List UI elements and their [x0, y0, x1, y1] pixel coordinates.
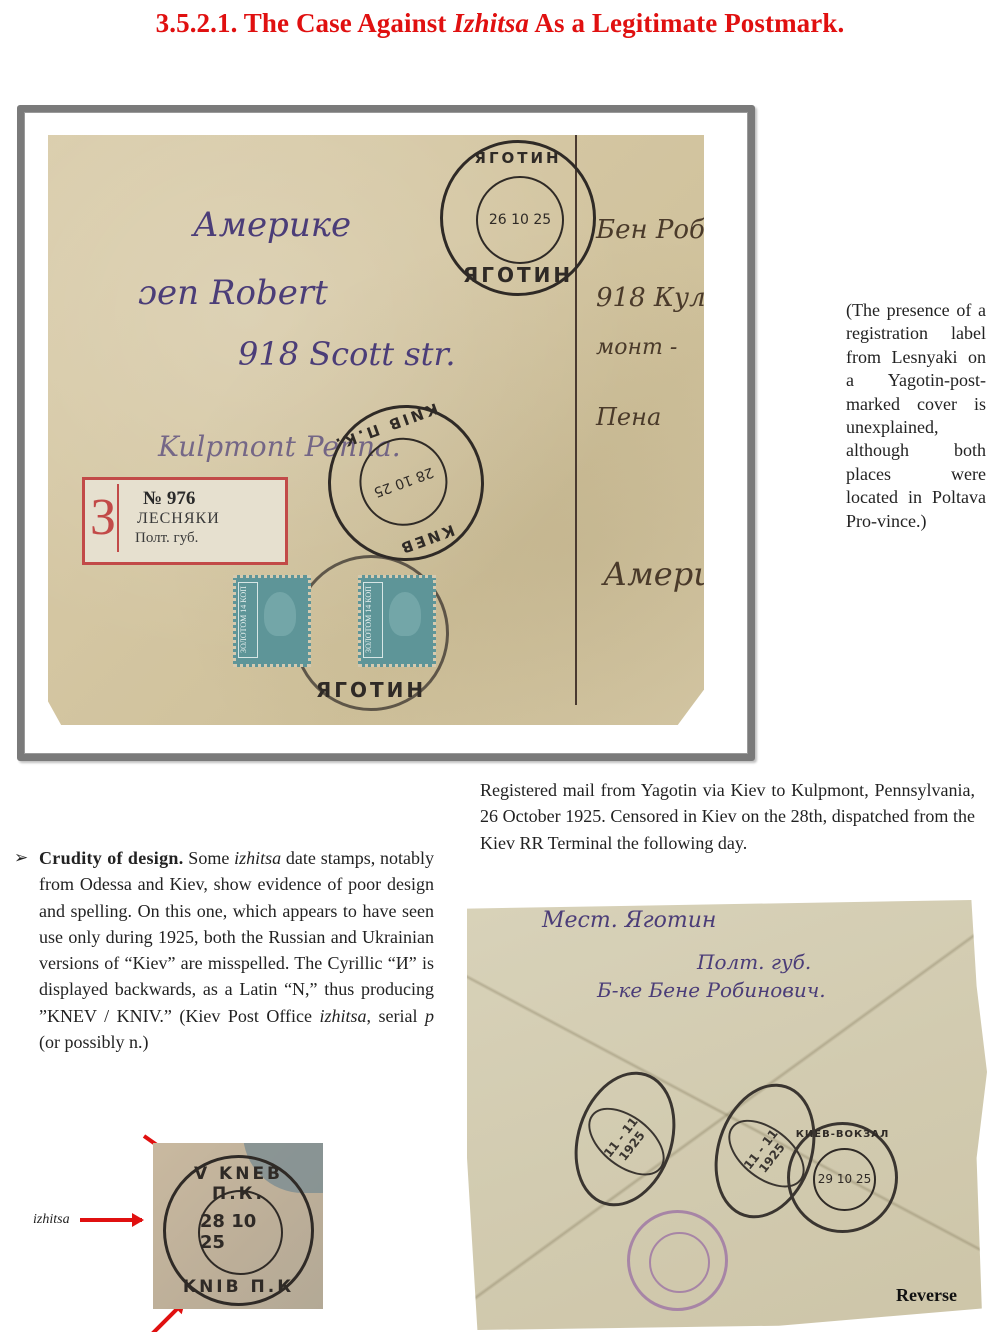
bullet-italic-2: izhitsa	[319, 1006, 366, 1026]
yagotin-date-text: 26 10 25	[489, 212, 551, 228]
stamp-2-value: ЗОЛОТОМ 14 КОП	[363, 582, 383, 658]
title-prefix: 3.5.2.1. The Case Against	[156, 8, 454, 38]
censor-mark	[627, 1210, 728, 1311]
handwriting-mont: монт -	[596, 335, 677, 360]
detail-postmark: V KNEB П.К. 28 10 25 KNIB П.К	[163, 1155, 314, 1306]
registration-province: Полт. губ.	[135, 530, 198, 547]
handwriting-ameriku: Америку	[603, 555, 751, 593]
detail-postmark-bottom: KNIB П.К	[166, 1277, 311, 1297]
yagotin-postmark-2-bottom-text: ЯГОТИН	[296, 678, 446, 702]
postage-stamp-1: ЗОЛОТОМ 14 КОП	[233, 575, 311, 667]
registration-place: ЛЕСНЯКИ	[137, 510, 220, 528]
handwriting-robert: ɔen Robert	[138, 273, 328, 313]
bullet-text-1: Some	[184, 848, 235, 868]
handwriting-pena: Пена	[596, 403, 661, 431]
cover-frame: Америке ɔen Robert 918 Scott str. Kulpmo…	[17, 105, 755, 761]
reverse-handwriting-2: Полт. губ.	[697, 950, 811, 974]
censor-mark-inner	[649, 1232, 710, 1293]
yagotin-postmark-top-text: ЯГОТИН	[443, 149, 593, 167]
izhitsa-label: izhitsa	[33, 1212, 70, 1228]
handwriting-ben-robert: Бен Роберт	[596, 215, 762, 245]
reverse-cover-image: Мест. Яготин Полт. губ. Б-ке Бене Робино…	[467, 900, 987, 1330]
reverse-label: Reverse	[896, 1285, 957, 1306]
reverse-handwriting-3: Б-ке Бене Робинович.	[597, 978, 826, 1002]
bullet-italic-1: izhitsa	[234, 848, 281, 868]
kiev-rail-terminal-postmark: КИЕВ-ВОКЗАЛ 29 10 25	[787, 1122, 898, 1233]
kiev-postmark: КNЕВ 28 10 25 КNIВ П.К.	[306, 383, 506, 583]
registration-letter: З	[89, 484, 119, 552]
stamp-1-value: ЗОЛОТОМ 14 КОП	[238, 582, 258, 658]
yagotin-postmark-bottom-text: ЯГОТИН	[443, 263, 593, 287]
handwriting-scott-street: 918 Scott str.	[238, 335, 455, 373]
bullet-italic-3: p	[425, 1006, 434, 1026]
crudity-bullet: ➢ Crudity of design. Some izhitsa date s…	[14, 845, 434, 1055]
ny-postmark-1-date: 11 - 111925	[576, 1094, 677, 1188]
stamp-2-portrait	[389, 592, 421, 636]
postmark-detail-image: V KNEB П.К. 28 10 25 KNIB П.К	[153, 1143, 323, 1309]
yagotin-postmark: ЯГОТИН 26 10 25 ЯГОТИН	[440, 140, 596, 296]
arrow-right-icon	[80, 1218, 142, 1222]
bullet-text-3: , serial	[367, 1006, 426, 1026]
title-suffix: As a Legitimate Postmark.	[529, 8, 844, 38]
bullet-text-2: date stamps, notably from Odessa and Kie…	[39, 848, 434, 1026]
page-title: 3.5.2.1. The Case Against Izhitsa As a L…	[0, 8, 1000, 39]
detail-postmark-date: 28 10 25	[198, 1190, 283, 1275]
kiev-date-text: 28 10 25	[371, 464, 435, 500]
cover-frame-inner: Америке ɔen Robert 918 Scott str. Kulpmo…	[24, 112, 748, 754]
title-italic-word: Izhitsa	[453, 8, 529, 38]
bullet-heading: Crudity of design.	[39, 848, 184, 868]
reverse-handwriting-1: Мест. Яготин	[542, 908, 716, 933]
registration-label: З № 976 ЛЕСНЯКИ Полт. губ.	[82, 477, 288, 565]
yagotin-postmark-date: 26 10 25	[476, 176, 564, 264]
handwriting-amerika: Америке	[193, 205, 351, 245]
kiev-rail-ring-text: КИЕВ-ВОКЗАЛ	[790, 1129, 895, 1140]
bullet-text: Crudity of design. Some izhitsa date sta…	[39, 845, 434, 1055]
new-york-postmark-1: 11 - 111925	[558, 1059, 692, 1220]
kiev-rail-date: 29 10 25	[813, 1148, 876, 1211]
front-cover-image: Америке ɔen Robert 918 Scott str. Kulpmo…	[48, 135, 704, 725]
stamp-1-portrait	[264, 592, 296, 636]
detail-date-text: 28 10 25	[200, 1211, 281, 1253]
side-note: (The presence of a registration label fr…	[846, 299, 986, 533]
cover-caption: Registered mail from Yagotin via Kiev to…	[480, 777, 975, 856]
bullet-arrow-icon: ➢	[14, 845, 28, 871]
registration-number: № 976	[143, 488, 195, 510]
kiev-rail-date-text: 29 10 25	[818, 1172, 871, 1186]
bullet-text-4: (or possibly n.)	[39, 1032, 149, 1052]
handwriting-kulmt: 918 Кулмт-	[596, 283, 761, 313]
postage-stamp-2: ЗОЛОТОМ 14 КОП	[358, 575, 436, 667]
